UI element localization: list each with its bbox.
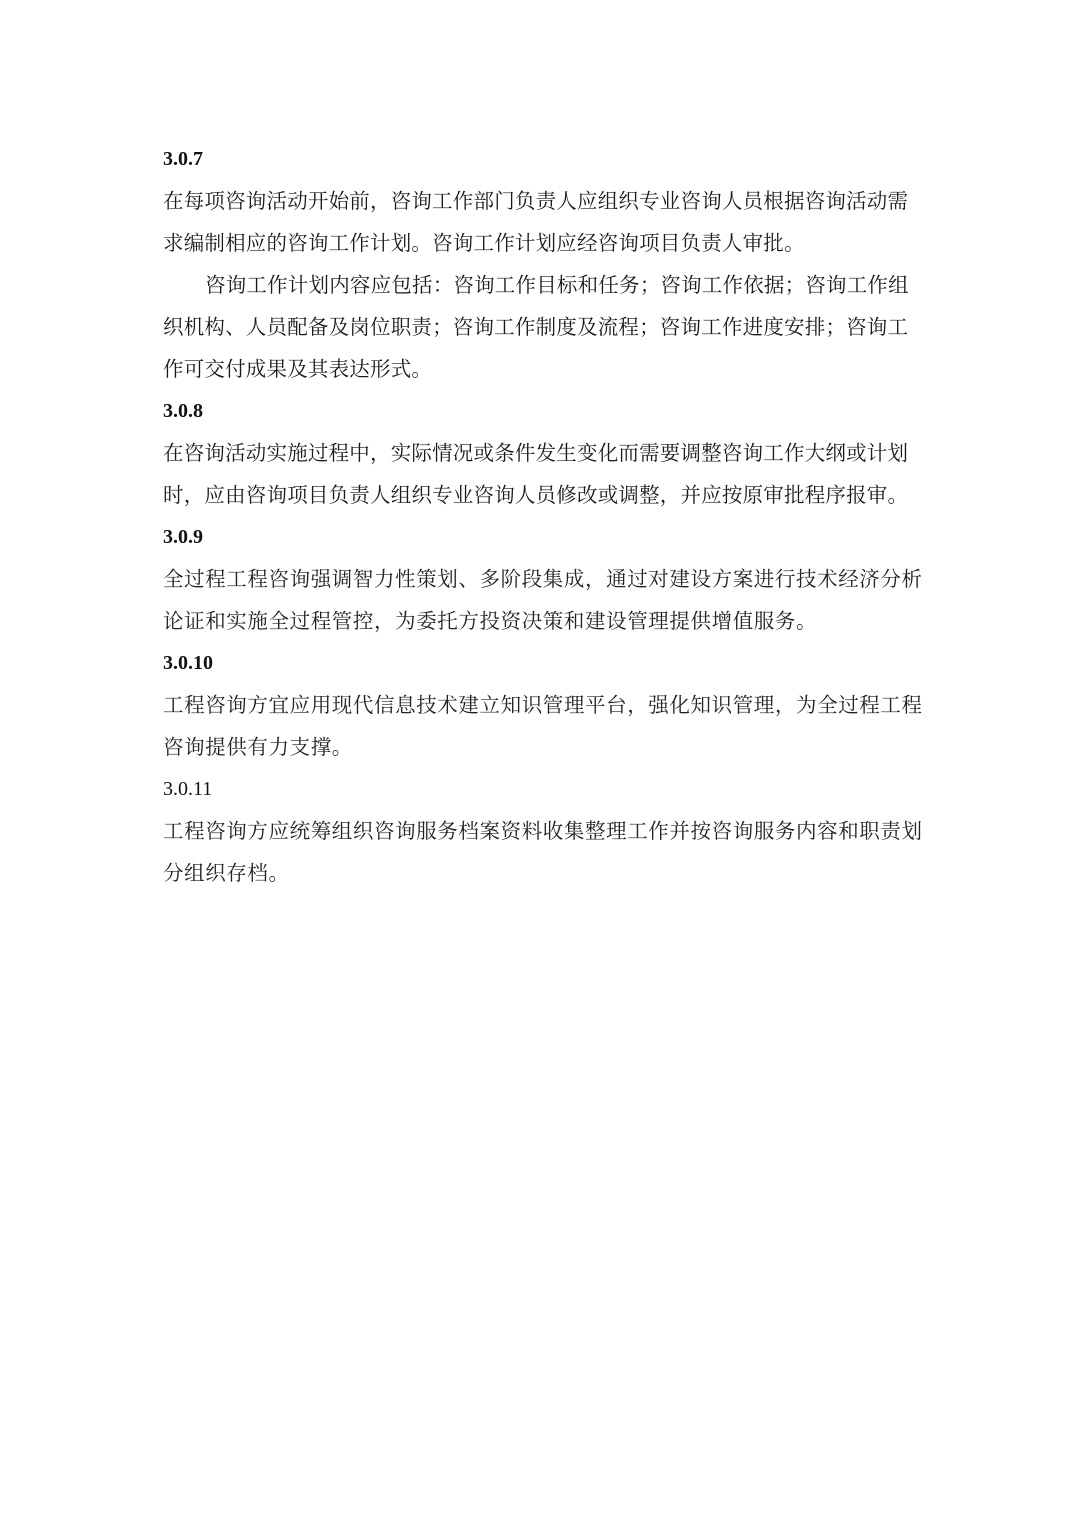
clause-paragraph: 在咨询活动实施过程中，实际情况或条件发生变化而需要调整咨询工作大纲或计划时，应由… (163, 432, 923, 516)
clause-paragraph: 工程咨询方应统筹组织咨询服务档案资料收集整理工作并按咨询服务内容和职责划分组织存… (163, 810, 923, 894)
clause-number: 3.0.10 (163, 642, 923, 684)
clause-paragraph: 工程咨询方宜应用现代信息技术建立知识管理平台，强化知识管理，为全过程工程咨询提供… (163, 684, 923, 768)
document-page: 3.0.7 在每项咨询活动开始前，咨询工作部门负责人应组织专业咨询人员根据咨询活… (163, 138, 923, 894)
clause-number: 3.0.7 (163, 138, 923, 180)
clause-paragraph: 全过程工程咨询强调智力性策划、多阶段集成，通过对建设方案进行技术经济分析论证和实… (163, 558, 923, 642)
clause-number: 3.0.9 (163, 516, 923, 558)
clause-paragraph: 咨询工作计划内容应包括：咨询工作目标和任务；咨询工作依据；咨询工作组织机构、人员… (163, 264, 923, 390)
clause-paragraph: 在每项咨询活动开始前，咨询工作部门负责人应组织专业咨询人员根据咨询活动需求编制相… (163, 180, 923, 264)
clause-3-0-10: 3.0.10 工程咨询方宜应用现代信息技术建立知识管理平台，强化知识管理，为全过… (163, 642, 923, 768)
clause-number: 3.0.8 (163, 390, 923, 432)
clause-number: 3.0.11 (163, 768, 923, 810)
clause-3-0-8: 3.0.8 在咨询活动实施过程中，实际情况或条件发生变化而需要调整咨询工作大纲或… (163, 390, 923, 516)
clause-3-0-11: 3.0.11 工程咨询方应统筹组织咨询服务档案资料收集整理工作并按咨询服务内容和… (163, 768, 923, 894)
clause-3-0-7: 3.0.7 在每项咨询活动开始前，咨询工作部门负责人应组织专业咨询人员根据咨询活… (163, 138, 923, 390)
clause-3-0-9: 3.0.9 全过程工程咨询强调智力性策划、多阶段集成，通过对建设方案进行技术经济… (163, 516, 923, 642)
